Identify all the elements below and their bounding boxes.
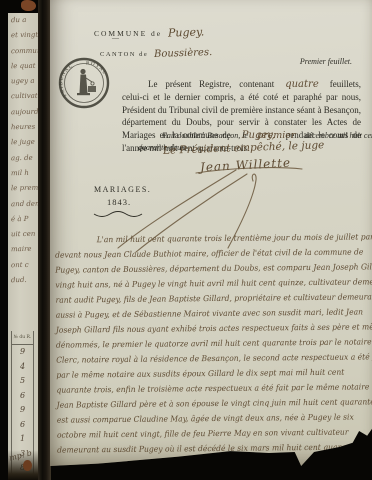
judge-signature: Jean Willette	[200, 156, 292, 175]
margin-fragment: cultivat	[8, 89, 38, 105]
margin-number: 9	[12, 345, 33, 360]
margin-fragment: mil h	[8, 166, 38, 182]
margin-fragment: é à P	[8, 212, 38, 228]
canton-value-handwritten: Boussières.	[154, 47, 213, 60]
margin-number: 1	[12, 432, 33, 447]
justice-figure	[77, 69, 96, 95]
margin-fragment: and dem	[8, 196, 38, 212]
margin-fragment: aujourd	[8, 105, 38, 121]
margin-fragment: le prem	[8, 181, 38, 197]
manuscript-act: L'an mil huit cent quarante trois le tre…	[55, 229, 372, 457]
year-flourish	[94, 212, 142, 217]
margin-fragment: et vingt	[8, 28, 38, 44]
margin-fragment: ag. de	[8, 150, 38, 166]
canton-label: CANTON de	[100, 51, 148, 58]
register-scan: du a et vingt commune le quat ugey a cul…	[0, 0, 372, 480]
margin-fragment: dud.	[8, 273, 38, 289]
margin-fragment: le quat	[8, 59, 38, 75]
svg-text:ROYAL: ROYAL	[86, 61, 107, 76]
tribunal-seal-icon: TRIBUNAL ROYAL	[57, 56, 113, 114]
margin-fragment: commune	[8, 43, 38, 59]
margin-number: 6	[12, 418, 33, 433]
canton-row: CANTON deBoussières.	[100, 43, 212, 61]
section-title: MARIAGES.	[94, 185, 151, 194]
paper-stain	[23, 460, 32, 471]
margin-fragment: uit cen	[8, 227, 38, 243]
margin-fragment: du a	[8, 13, 38, 29]
attestation-intro: Le présent Registre, contenant	[148, 79, 274, 89]
dateline-pre: Fait double à Besançon, le	[162, 131, 248, 140]
folio-note: Premier feuillet.	[300, 57, 352, 66]
margin-fragment: ugey a	[8, 74, 38, 90]
margin-fragment: ont c	[8, 257, 38, 273]
commune-value-handwritten: Pugey.	[168, 25, 205, 39]
commune-row: COMMUNE dePugey.	[94, 23, 204, 41]
svg-text:TRIBUNAL: TRIBUNAL	[59, 64, 74, 98]
margin-fragment: heures	[8, 120, 38, 136]
margin-number: 5	[12, 374, 33, 389]
divider-dash: —	[112, 34, 119, 42]
margin-number: 4	[12, 360, 33, 375]
margin-fragment: maire	[8, 242, 38, 258]
book-binding	[38, 0, 51, 480]
margin-number: 6	[12, 389, 33, 404]
commune-label: COMMUNE de	[94, 29, 162, 38]
margin-column-header: № du R.	[12, 331, 33, 345]
feuillets-count-handwritten: quatre	[274, 79, 330, 90]
manuscript-line: demeurant au susdit Pugey où il est décé…	[57, 440, 357, 458]
paper-stain	[21, 0, 36, 11]
register-page: COMMUNE dePugey. — CANTON deBoussières. …	[50, 0, 372, 466]
margin-number: 9	[12, 403, 33, 418]
section-year: 1843.	[107, 197, 131, 207]
previous-page-edge: du a et vingt commune le quat ugey a cul…	[8, 13, 38, 480]
margin-fragment: le juge	[8, 135, 38, 151]
